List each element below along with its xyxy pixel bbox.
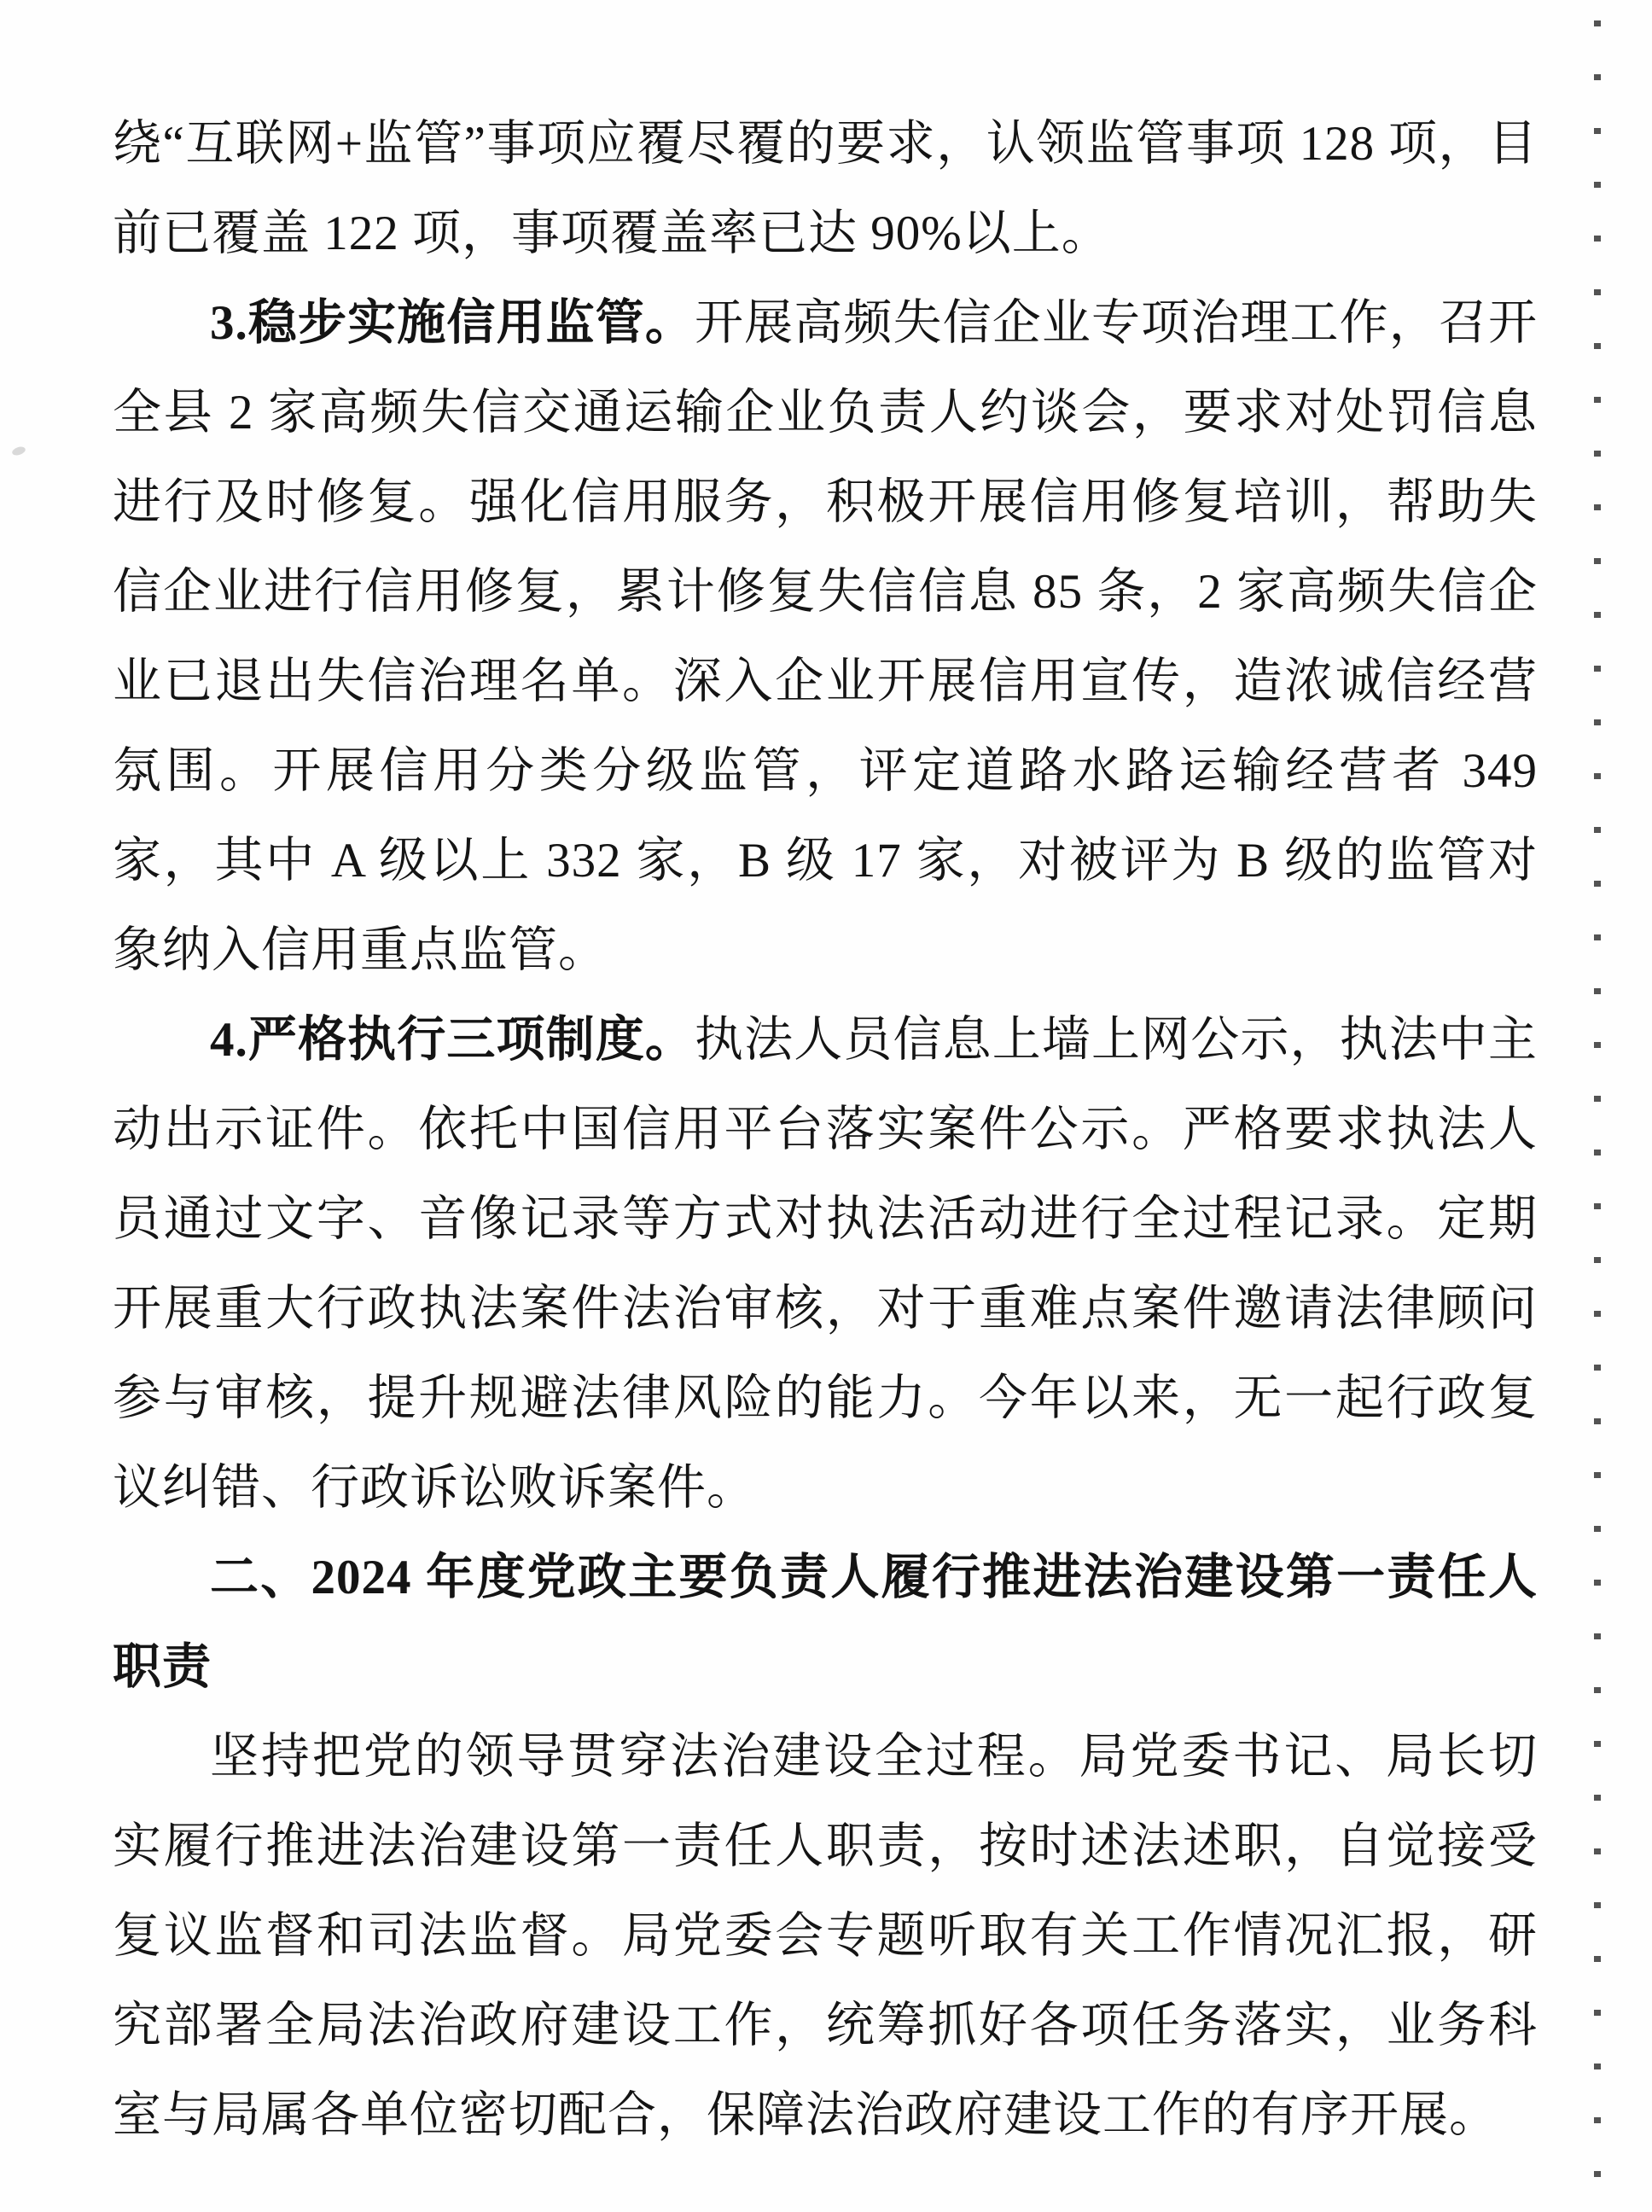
paragraph-lead: 4.严格执行三项制度。 [210, 1013, 695, 1067]
paragraph-lead: 3.稳步实施信用监管。 [210, 296, 695, 350]
paragraph-text: 坚持把党的领导贯穿法治建设全过程。局党委书记、局长切实履行推进法治建设第一责任人… [113, 1730, 1538, 2142]
paragraph-0: 绕“互联网+监管”事项应覆尽覆的要求，认领监管事项 128 项，目前已覆盖 12… [113, 99, 1538, 278]
paragraph-text: 执法人员信息上墙上网公示，执法中主动出示证件。依托中国信用平台落实案件公示。严格… [113, 1013, 1538, 1515]
paragraph-text: 二、2024 年度党政主要负责人履行推进法治建设第一责任人职责 [113, 1551, 1538, 1694]
paragraph-text: 绕“互联网+监管”事项应覆尽覆的要求，认领监管事项 128 项，目前已覆盖 12… [113, 117, 1538, 260]
section-heading-3: 二、2024 年度党政主要负责人履行推进法治建设第一责任人职责 [113, 1533, 1538, 1712]
paragraph-4: 坚持把党的领导贯穿法治建设全过程。局党委书记、局长切实履行推进法治建设第一责任人… [113, 1712, 1538, 2160]
paragraph-2: 4.严格执行三项制度。执法人员信息上墙上网公示，执法中主动出示证件。依托中国信用… [113, 995, 1538, 1533]
paragraph-1: 3.稳步实施信用监管。开展高频失信企业专项治理工作，召开全县 2 家高频失信交通… [113, 278, 1538, 995]
scanned-document-page: 绕“互联网+监管”事项应覆尽覆的要求，认领监管事项 128 项，目前已覆盖 12… [0, 0, 1652, 2212]
paragraph-text: 开展高频失信企业专项治理工作，召开全县 2 家高频失信交通运输企业负责人约谈会，… [113, 296, 1538, 977]
scan-edge-dots [1594, 20, 1601, 2197]
scan-smudge-artifact [11, 445, 26, 457]
document-body: 绕“互联网+监管”事项应覆尽覆的要求，认领监管事项 128 项，目前已覆盖 12… [113, 99, 1538, 2160]
